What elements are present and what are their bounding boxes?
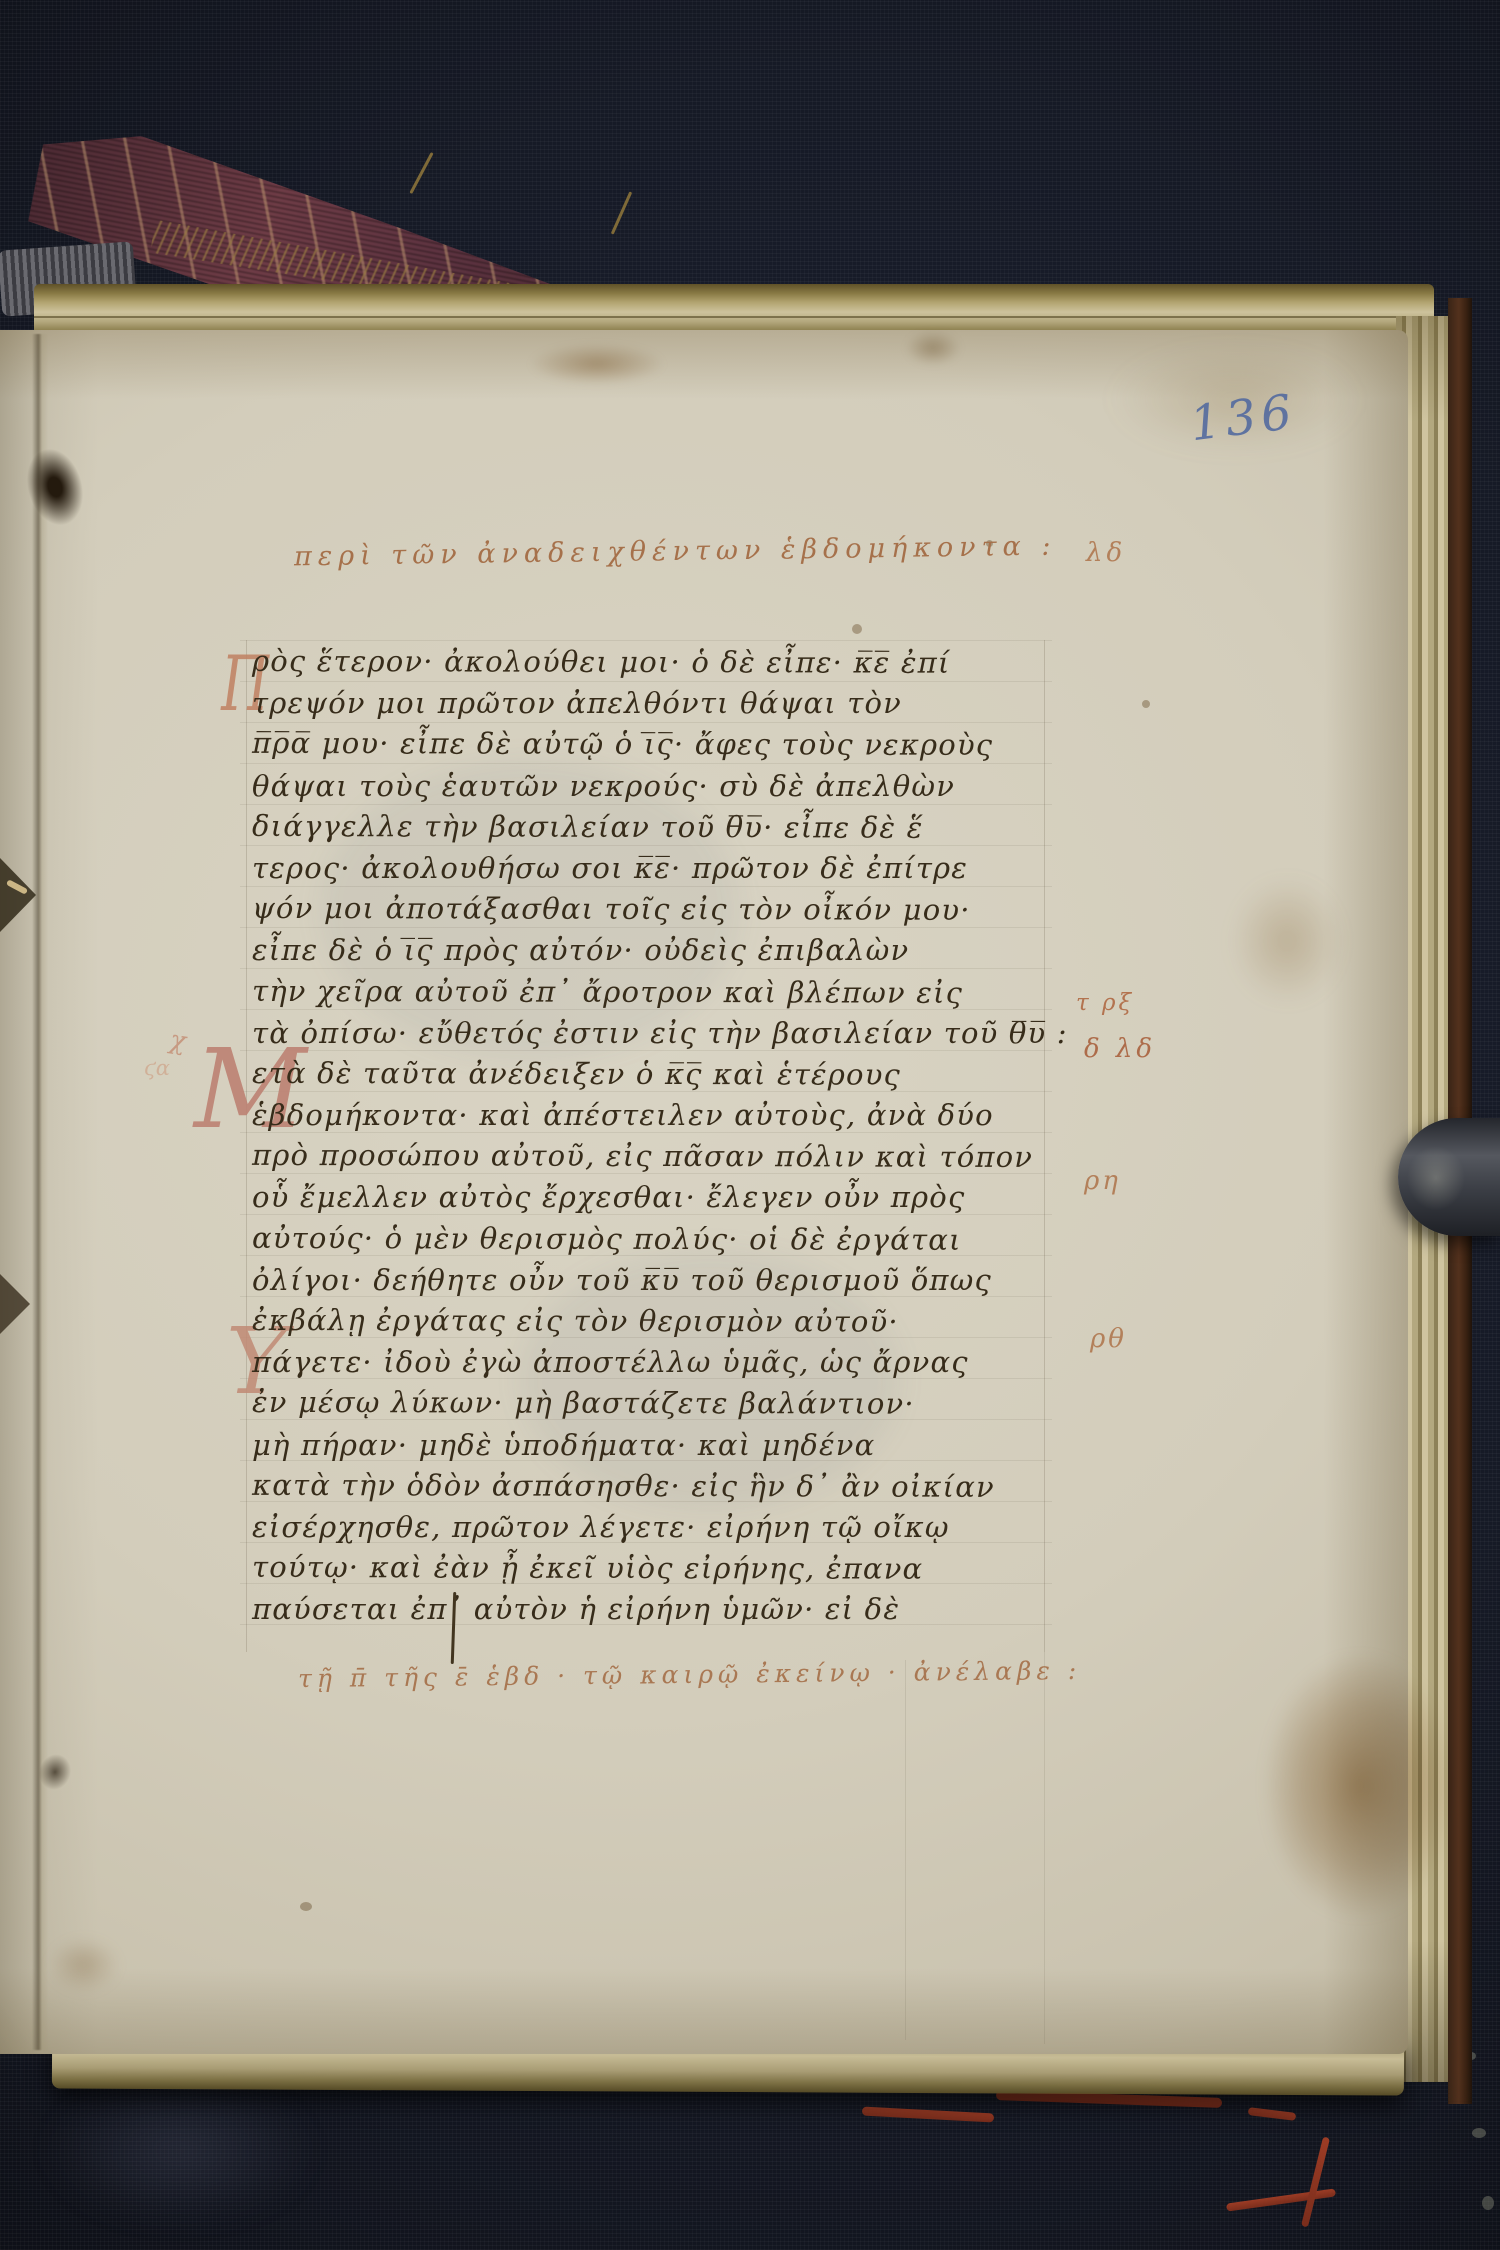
manuscript-photo: 136 περὶ τῶν ἀναδειχθέντων ἑβδομήκοντα :…: [0, 0, 1500, 2250]
margin-mark: ϛα: [144, 1056, 170, 1080]
stain: [1212, 856, 1362, 1026]
manuscript-line: μὴ πήραν· μηδὲ ὑποδήματα· καὶ μηδένα: [252, 1425, 1068, 1466]
manuscript-line: τὰ ὀπίσω· εὔθετός ἐστιν εἰς τὴν βασιλεία…: [252, 1013, 1068, 1054]
manuscript-line: διάγγελλε τὴν βασιλείαν τοῦ θ̅υ̅· εἶπε δ…: [252, 806, 1068, 849]
manuscript-line: π̅ρ̅α̅ μου· εἶπε δὲ αὐτῷ ὁ ι̅ς̅· ἄφες το…: [252, 723, 1068, 766]
foxing-dot: [1142, 700, 1150, 708]
top-edge-crease: [34, 316, 1434, 318]
manuscript-line: εἶπε δὲ ὁ ι̅ς̅ πρὸς αὐτόν· οὐδεὶς ἐπιβαλ…: [252, 930, 1068, 971]
manuscript-line: τρεψόν μοι πρῶτον ἀπελθόντι θάψαι τὸν: [252, 683, 1068, 724]
manuscript-line: τούτῳ· καὶ ἐὰν ᾖ ἐκεῖ υἱὸς εἰρήνης, ἐπαν…: [252, 1547, 1068, 1590]
manuscript-line: ὀλίγοι· δεήθητε οὖν τοῦ κ̅υ̅ τοῦ θερισμο…: [252, 1260, 1068, 1301]
manuscript-line: πρὸ προσώπου αὐτοῦ, εἰς πᾶσαν πόλιν καὶ …: [252, 1135, 1068, 1178]
manuscript-line: ἐκβάλῃ ἐργάτας εἰς τὸν θερισμὸν αὐτοῦ·: [252, 1300, 1068, 1343]
manuscript-line: τὴν χεῖρα αὐτοῦ ἐπ᾽ ἄροτρον καὶ βλέπων ε…: [252, 970, 1068, 1013]
manuscript-line: ἐν μέσῳ λύκων· μὴ βαστάζετε βαλάντιον·: [252, 1382, 1068, 1425]
manuscript-line: ψόν μοι ἀποτάξασθαι τοῖς εἰς τὸν οἶκόν μ…: [252, 888, 1068, 931]
margin-section-number: ρθ: [1090, 1324, 1127, 1354]
foxing-dot: [300, 1902, 312, 1911]
margin-note: δ λδ: [1084, 1034, 1156, 1064]
manuscript-line: ρὸς ἕτερον· ἀκολούθει μοι· ὁ δὲ εἶπε· κ̅…: [252, 641, 1068, 684]
manuscript-line: πάγετε· ἰδοὺ ἐγὼ ἀποστέλλω ὑμᾶς, ὡς ἄρνα…: [252, 1342, 1068, 1383]
margin-section-number: ρη: [1084, 1166, 1121, 1196]
page-weight-rod-tip: [1400, 1138, 1472, 1218]
manuscript-line: θάψαι τοὺς ἑαυτῶν νεκρούς· σὺ δὲ ἀπελθὼν: [252, 766, 1068, 807]
margin-note: τ ρξ: [1076, 990, 1134, 1016]
text-block: ρὸς ἕτερον· ἀκολούθει μοι· ὁ δὲ εἶπε· κ̅…: [252, 642, 1068, 1631]
manuscript-line: κατὰ τὴν ὁδὸν ἀσπάσησθε· εἰς ἣν δ᾽ ἂν οἰ…: [252, 1465, 1068, 1508]
stain: [512, 338, 682, 390]
stain: [1262, 1652, 1458, 1920]
fabric-fleck: [1482, 2196, 1494, 2210]
manuscript-line: ετὰ δὲ ταῦτα ἀνέδειξεν ὁ κ̅ς̅ καὶ ἑτέρου…: [252, 1053, 1068, 1096]
manuscript-line: εἰσέρχησθε, πρῶτον λέγετε· εἰρήνη τῷ οἴκ…: [252, 1507, 1068, 1548]
manuscript-line: οὗ ἔμελλεν αὐτὸς ἔρχεσθαι· ἔλεγεν οὖν πρ…: [252, 1177, 1068, 1218]
ruling-vertical: [905, 1660, 906, 2040]
stain: [36, 1928, 132, 2002]
manuscript-line: παύσεται ἐπ᾽ αὐτὸν ἡ εἰρήνη ὑμῶν· εἰ δὲ: [252, 1589, 1068, 1630]
ruling-vertical: [1044, 1652, 1045, 2044]
margin-chapter-number: λδ: [1086, 538, 1126, 568]
foxing-dot: [852, 624, 862, 634]
manuscript-line: τερος· ἀκολουθήσω σοι κ̅ε̅· πρῶτον δὲ ἐπ…: [252, 848, 1068, 889]
manuscript-line: αὐτούς· ὁ μὲν θερισμὸς πολύς· οἱ δὲ ἐργά…: [252, 1218, 1068, 1261]
stain: [898, 326, 968, 370]
fabric-fleck: [1472, 2128, 1486, 2138]
manuscript-line: ἑβδομήκοντα· καὶ ἀπέστειλεν αὐτοὺς, ἀνὰ …: [252, 1095, 1068, 1136]
